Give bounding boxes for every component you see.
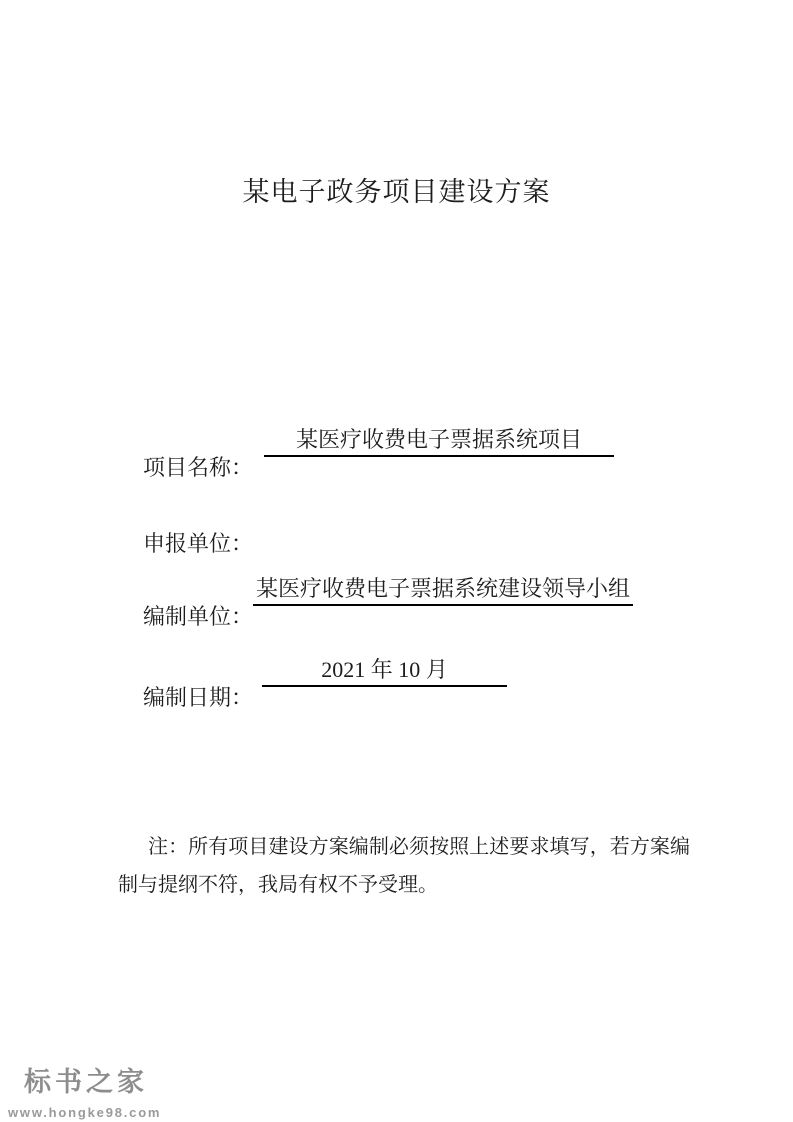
compile-date-label: 编制日期： [143, 681, 253, 712]
applicant-unit-label: 申报单位： [143, 527, 253, 558]
compile-date-value: 2021 年 10 月 [262, 657, 507, 687]
project-name-value: 某医疗收费电子票据系统项目 [264, 427, 614, 457]
project-name-label: 项目名称： [143, 451, 253, 482]
document-page: 某电子政务项目建设方案 项目名称： 某医疗收费电子票据系统项目 申报单位： 编制… [0, 0, 793, 1122]
document-title: 某电子政务项目建设方案 [0, 170, 793, 209]
watermark-site-url: www.hongke98.com [8, 1105, 198, 1120]
watermark-site-name: 标书之家 [24, 1060, 198, 1099]
compiling-unit-value: 某医疗收费电子票据系统建设领导小组 [253, 576, 633, 606]
watermark: 标书之家 www.hongke98.com [8, 1060, 198, 1120]
compiling-unit-label: 编制单位： [143, 600, 253, 631]
note-paragraph: 注：所有项目建设方案编制必须按照上述要求填写，若方案编制与提纲不符，我局有权不予… [118, 828, 690, 904]
